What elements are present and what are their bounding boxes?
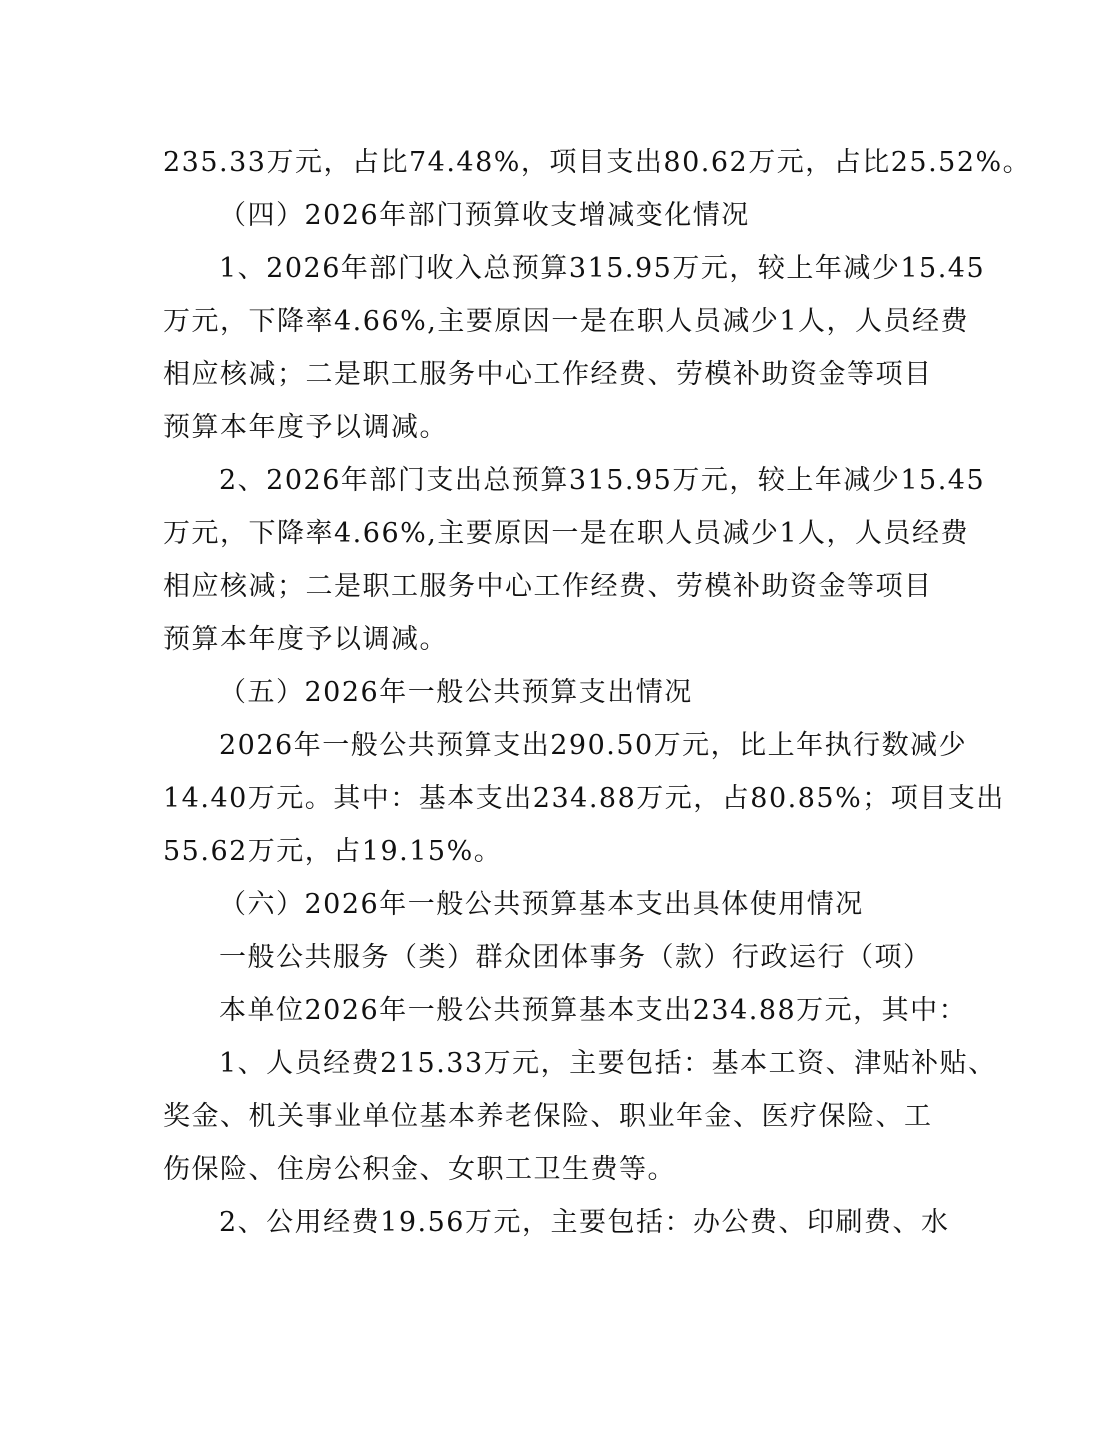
text-line: 相应核减；二是职工服务中心工作经费、劳模补助资金等项目 bbox=[163, 560, 943, 613]
text-line: 2026年一般公共预算支出290.50万元，比上年执行数减少 bbox=[163, 719, 943, 772]
text-line: 2、2026年部门支出总预算315.95万元，较上年减少15.45 bbox=[163, 454, 943, 507]
text-line: 预算本年度予以调减。 bbox=[163, 401, 943, 454]
text-line: 235.33万元，占比74.48%，项目支出80.62万元，占比25.52%。 bbox=[163, 136, 943, 189]
text-line: 预算本年度予以调减。 bbox=[163, 613, 943, 666]
text-line: 本单位2026年一般公共预算基本支出234.88万元，其中： bbox=[163, 984, 943, 1037]
text-line: 奖金、机关事业单位基本养老保险、职业年金、医疗保险、工 bbox=[163, 1090, 943, 1143]
section-heading-5: （五）2026年一般公共预算支出情况 bbox=[163, 666, 943, 719]
text-line: 相应核减；二是职工服务中心工作经费、劳模补助资金等项目 bbox=[163, 348, 943, 401]
section-heading-4: （四）2026年部门预算收支增减变化情况 bbox=[163, 189, 943, 242]
text-line: 万元，下降率4.66%,主要原因一是在职人员减少1人，人员经费 bbox=[163, 507, 943, 560]
text-line: 一般公共服务（类）群众团体事务（款）行政运行（项） bbox=[163, 931, 943, 984]
section-heading-6: （六）2026年一般公共预算基本支出具体使用情况 bbox=[163, 878, 943, 931]
text-line: 55.62万元，占19.15%。 bbox=[163, 825, 943, 878]
text-line: 万元，下降率4.66%,主要原因一是在职人员减少1人，人员经费 bbox=[163, 295, 943, 348]
text-line: 1、2026年部门收入总预算315.95万元，较上年减少15.45 bbox=[163, 242, 943, 295]
document-page: 235.33万元，占比74.48%，项目支出80.62万元，占比25.52%。 … bbox=[163, 136, 943, 1249]
text-line: 14.40万元。其中：基本支出234.88万元，占80.85%；项目支出 bbox=[163, 772, 943, 825]
text-line: 1、人员经费215.33万元，主要包括：基本工资、津贴补贴、 bbox=[163, 1037, 943, 1090]
text-line: 伤保险、住房公积金、女职工卫生费等。 bbox=[163, 1143, 943, 1196]
text-line: 2、公用经费19.56万元，主要包括：办公费、印刷费、水 bbox=[163, 1196, 943, 1249]
